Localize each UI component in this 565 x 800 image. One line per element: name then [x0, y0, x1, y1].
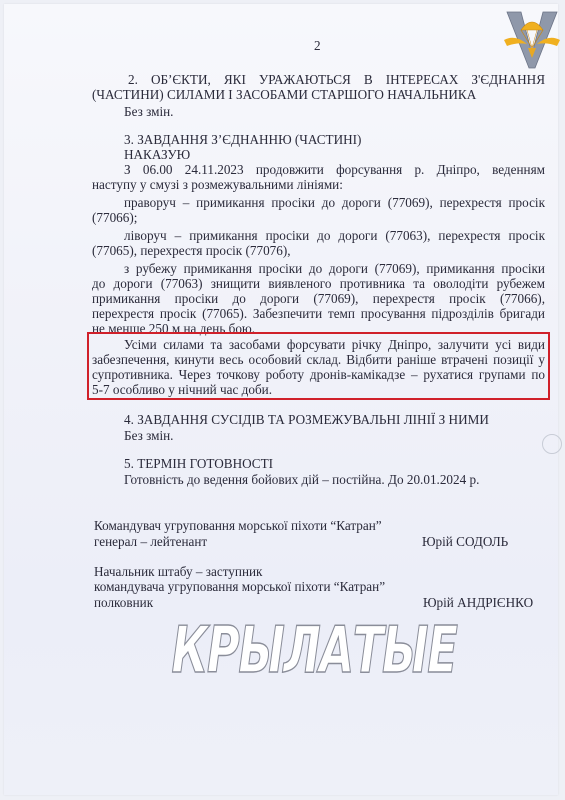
signature-1-title-line2: генерал – лейтенант [94, 534, 207, 549]
signature-2-title-line1: Начальник штабу – заступник [94, 564, 262, 579]
paragraph-line: супротивника. Через точкову роботу дроні… [92, 367, 545, 382]
watermark-text: КРЫЛАТЫЕ [172, 614, 458, 684]
paragraph-line: праворуч – примикання просіки до дороги … [92, 195, 545, 210]
section-3-heading: 3. ЗАВДАННЯ З’ЄДНАННЮ (ЧАСТИНІ) [124, 132, 361, 147]
section-2-body: Без змін. [124, 104, 173, 119]
section-5-heading: 5. ТЕРМІН ГОТОВНОСТІ [124, 456, 273, 471]
airborne-emblem-icon [501, 8, 563, 70]
signature-2-title-line3: полковник [94, 595, 153, 610]
paragraph-line: (77066); [92, 210, 545, 225]
page-number: 2 [314, 38, 321, 53]
section-2-heading-line1: 2. ОБ’ЄКТИ, ЯКІ УРАЖАЮТЬСЯ В ІНТЕРЕСАХ З… [92, 72, 545, 87]
section-3-subheading: НАКАЗУЮ [124, 147, 190, 162]
watermark-logo: КРЫЛАТЫЕ [169, 614, 459, 684]
paragraph-left-boundary: ліворуч – примикання просіки до дороги (… [92, 228, 545, 258]
paragraph-right-boundary: праворуч – примикання просіки до дороги … [92, 195, 545, 225]
paragraph-line: З 06.00 24.11.2023 продовжити форсування… [92, 162, 545, 177]
paragraph-line: ліворуч – примикання просіки до дороги (… [92, 228, 545, 243]
document-page: 2 2. ОБ’ЄКТИ, ЯКІ УРАЖАЮТЬСЯ В ІНТЕРЕСАХ… [4, 4, 558, 795]
paragraph-line: 5-7 особливо у нічний час доби. [92, 382, 545, 397]
paragraph-line: з рубежу примикання просіки до дороги (7… [92, 261, 545, 276]
paragraph-line: забезпечення, кинути весь особовий склад… [92, 352, 545, 367]
signature-1-title-line1: Командувач угруповання морської піхоти “… [94, 518, 382, 533]
paragraph-line: до дороги (77063) знищити виявленого про… [92, 276, 545, 291]
paragraph-1: З 06.00 24.11.2023 продовжити форсування… [92, 162, 545, 192]
paragraph-line: примикання просіки до дороги (77069), пе… [92, 291, 545, 306]
section-2-heading: 2. ОБ’ЄКТИ, ЯКІ УРАЖАЮТЬСЯ В ІНТЕРЕСАХ З… [92, 72, 545, 102]
section-4-body: Без змін. [124, 428, 173, 443]
paragraph-line: (77065), перехрестя просік (77076), [92, 243, 545, 258]
signature-1-name: Юрій СОДОЛЬ [422, 534, 508, 549]
highlighted-paragraph: Усіми силами та засобами форсувати річку… [92, 337, 545, 397]
paragraph-line: перехрестя просік (77065). Забезпечити т… [92, 306, 545, 321]
section-2-heading-line2: (ЧАСТИНИ) СИЛАМИ І ЗАСОБАМИ СТАРШОГО НАЧ… [92, 87, 545, 102]
paragraph-objective: з рубежу примикання просіки до дороги (7… [92, 261, 545, 336]
paragraph-line: Усіми силами та засобами форсувати річку… [92, 337, 545, 352]
section-4-heading: 4. ЗАВДАННЯ СУСІДІВ ТА РОЗМЕЖУВАЛЬНІ ЛІН… [124, 412, 489, 427]
paragraph-line: наступу у смузі з розмежувальними лініям… [92, 177, 545, 192]
signature-2-name: Юрій АНДРІЄНКО [423, 595, 533, 610]
section-5-body: Готовність до ведення бойових дій – пост… [124, 472, 479, 487]
hole-punch-mark [542, 434, 562, 454]
signature-2-title-line2: командувача угруповання морської піхоти … [94, 579, 385, 594]
